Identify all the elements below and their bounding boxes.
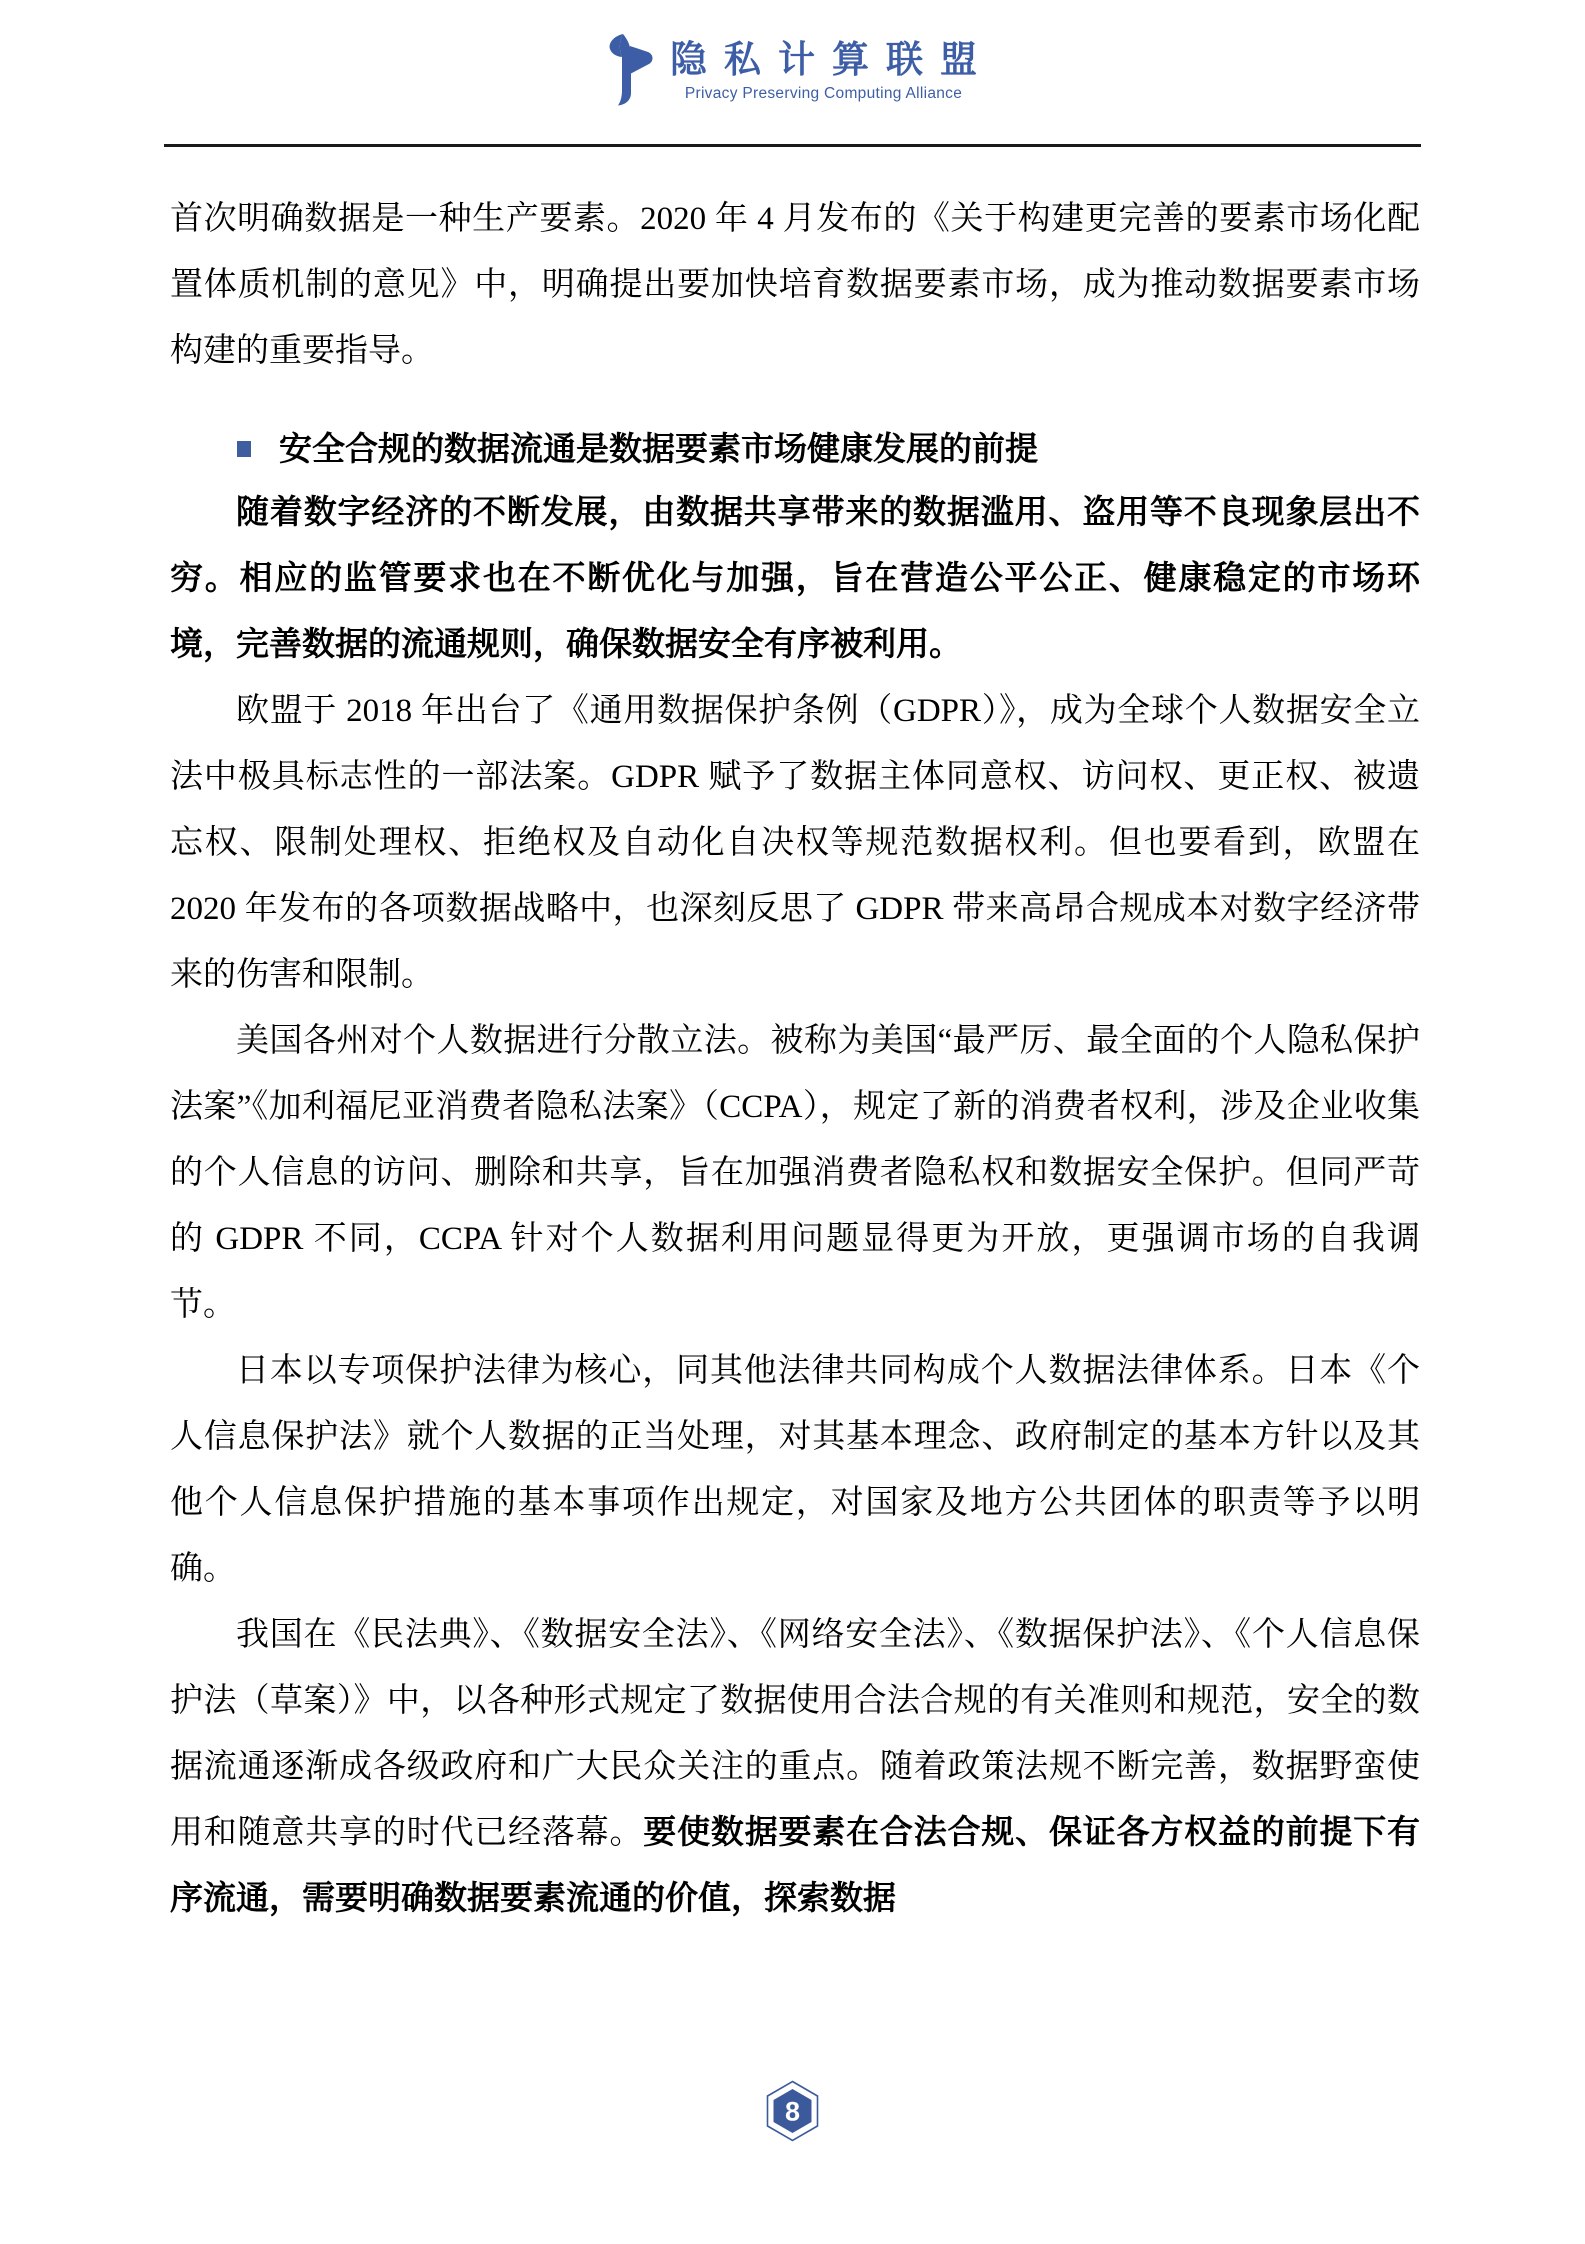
header-divider — [164, 144, 1421, 147]
page-number-hexagon-icon: 8 — [766, 2080, 819, 2142]
section-heading: 安全合规的数据流通是数据要素市场健康发展的前提 — [237, 424, 1420, 474]
page-number-badge: 8 — [766, 2080, 819, 2142]
paragraph-china: 我国在《民法典》、《数据安全法》、《网络安全法》、《数据保护法》、《个人信息保护… — [170, 1602, 1420, 1932]
org-name-en: Privacy Preserving Computing Alliance — [685, 85, 962, 103]
section-heading-text: 安全合规的数据流通是数据要素市场健康发展的前提 — [279, 424, 1038, 474]
header: 隐私计算联盟 Privacy Preserving Computing Alli… — [0, 34, 1585, 106]
page-number: 8 — [785, 2097, 800, 2127]
document-page: 隐私计算联盟 Privacy Preserving Computing Alli… — [0, 0, 1585, 2244]
paragraph-japan: 日本以专项保护法律为核心，同其他法律共同构成个人数据法律体系。日本《个人信息保护… — [170, 1338, 1420, 1602]
paragraph-intro: 首次明确数据是一种生产要素。2020 年 4 月发布的《关于构建更完善的要素市场… — [170, 186, 1420, 384]
paragraph-eu-gdpr: 欧盟于 2018 年出台了《通用数据保护条例（GDPR）》，成为全球个人数据安全… — [170, 678, 1420, 1008]
paragraph-us-ccpa: 美国各州对个人数据进行分散立法。被称为美国“最严厉、最全面的个人隐私保护法案”《… — [170, 1008, 1420, 1338]
org-name-cn: 隐私计算联盟 — [670, 37, 994, 83]
ppca-logo-icon — [608, 34, 654, 106]
paragraph-overview: 随着数字经济的不断发展，由数据共享带来的数据滥用、盗用等不良现象层出不穷。相应的… — [170, 480, 1420, 678]
logo-text: 隐私计算联盟 Privacy Preserving Computing Alli… — [670, 37, 977, 102]
bullet-square-icon — [237, 441, 251, 457]
document-body: 首次明确数据是一种生产要素。2020 年 4 月发布的《关于构建更完善的要素市场… — [170, 186, 1420, 1932]
